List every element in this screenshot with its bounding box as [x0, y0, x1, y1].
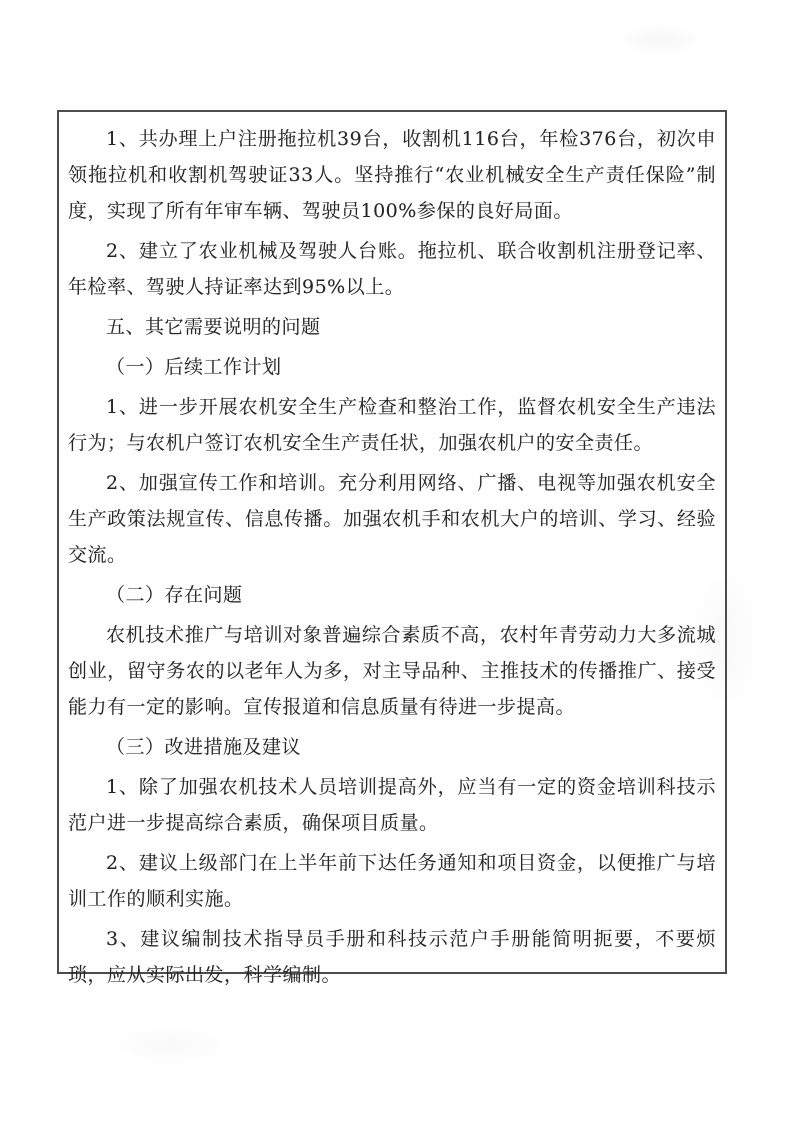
document-page: 1、共办理上户注册拖拉机39台，收割机116台，年检376台，初次申领拖拉机和收… — [0, 0, 794, 1122]
heading-follow-up-work-plan: （一）后续工作计划 — [68, 349, 716, 385]
heading-improvement-suggestions: （三）改进措施及建议 — [68, 729, 716, 765]
paragraph-suggestion-1: 1、除了加强农机技术人员培训提高外，应当有一定的资金培训科技示范户进一步提高综合… — [68, 769, 716, 841]
paragraph-plan-item-2: 2、加强宣传工作和培训。充分利用网络、广播、电视等加强农机安全生产政策法规宣传、… — [68, 465, 716, 573]
paragraph-suggestion-2: 2、建议上级部门在上半年前下达任务通知和项目资金，以便推广与培训工作的顺利实施。 — [68, 845, 716, 917]
paragraph-plan-item-1: 1、进一步开展农机安全生产检查和整治工作，监督农机安全生产违法行为；与农机户签订… — [68, 389, 716, 461]
heading-section-five: 五、其它需要说明的问题 — [68, 309, 716, 345]
heading-existing-problems: （二）存在问题 — [68, 577, 716, 613]
paragraph-machinery-ledger: 2、建立了农业机械及驾驶人台账。拖拉机、联合收割机注册登记率、年检率、驾驶人持证… — [68, 233, 716, 305]
report-table-cell: 1、共办理上户注册拖拉机39台，收割机116台，年检376台，初次申领拖拉机和收… — [57, 110, 727, 974]
paragraph-registration-stats: 1、共办理上户注册拖拉机39台，收割机116台，年检376台，初次申领拖拉机和收… — [68, 121, 716, 229]
paragraph-problems-detail: 农机技术推广与培训对象普遍综合素质不高，农村年青劳动力大多流城创业，留守务农的以… — [68, 617, 716, 725]
paragraph-suggestion-3: 3、建议编制技术指导员手册和科技示范户手册能简明扼要，不要烦琐，应从实际出发，科… — [68, 921, 716, 993]
